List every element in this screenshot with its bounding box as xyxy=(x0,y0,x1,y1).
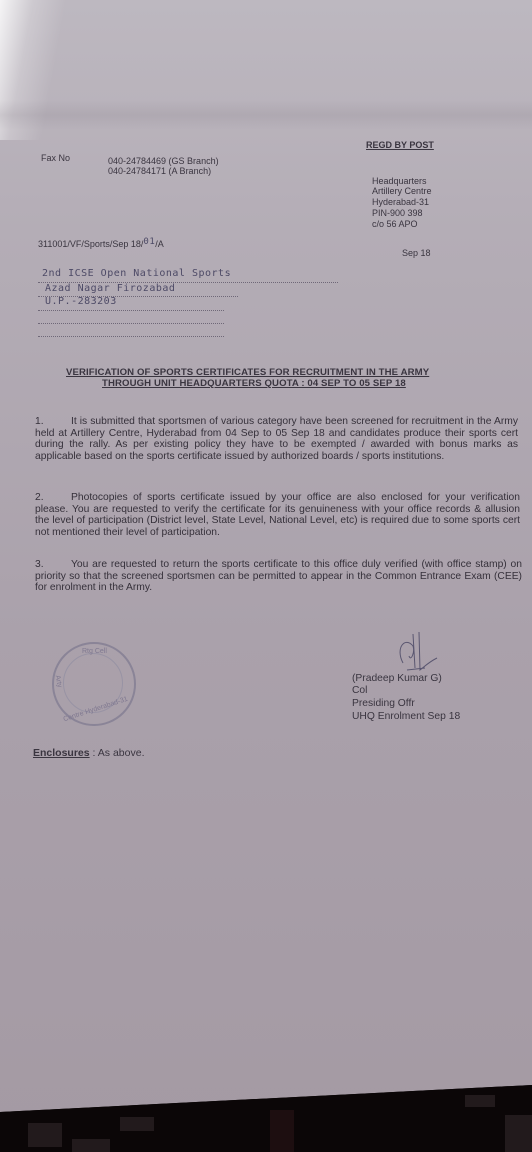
background-tile xyxy=(465,1095,495,1107)
letter-paper: Fax No 040-24784469 (GS Branch) 040-2478… xyxy=(0,0,532,1152)
background-tile xyxy=(72,1139,110,1152)
signature-scribble xyxy=(385,628,445,678)
signatory-designation: Presiding Offr xyxy=(352,698,415,709)
reference-suffix: /A xyxy=(155,239,164,249)
enclosures-value: : As above. xyxy=(93,747,145,759)
reference-prefix: 311001/VF/Sports/Sep 18/ xyxy=(38,239,143,249)
signatory-name: (Pradeep Kumar G) xyxy=(352,673,442,684)
address-line-4: PIN-900 398 xyxy=(372,208,423,218)
address-dotted-line xyxy=(38,323,224,324)
delivery-mode: REGD BY POST xyxy=(366,140,434,150)
address-line-3: Hyderabad-31 xyxy=(372,197,429,207)
signatory-unit: UHQ Enrolment Sep 18 xyxy=(352,711,460,722)
subject-line-1: VERIFICATION OF SPORTS CERTIFICATES FOR … xyxy=(66,367,429,378)
fax-label: Fax No xyxy=(41,153,70,163)
office-stamp: Rtg Cell Arty Centre Hyderabad-31 xyxy=(52,642,136,726)
stamp-top-text: Rtg Cell xyxy=(82,648,107,655)
reference-number: 311001/VF/Sports/Sep 18/01/A xyxy=(38,239,164,250)
address-dotted-line xyxy=(38,296,238,297)
background-tile xyxy=(505,1115,532,1152)
stamp-left-text: Arty xyxy=(54,675,63,688)
address-dotted-line xyxy=(38,310,224,311)
letter-date: Sep 18 xyxy=(402,248,431,258)
address-line-1: Headquarters xyxy=(372,176,427,186)
address-line-2: Artillery Centre xyxy=(372,186,432,196)
addressee-line-1: 2nd ICSE Open National Sports xyxy=(42,268,231,279)
reference-handwritten: 01 xyxy=(143,237,155,247)
address-dotted-line xyxy=(38,282,338,283)
paper-fold xyxy=(0,100,532,130)
address-dotted-line xyxy=(38,336,224,337)
fax-number-a: 040-24784171 (A Branch) xyxy=(108,166,211,176)
enclosures: Enclosures : As above. xyxy=(33,747,144,759)
background-tile xyxy=(120,1117,154,1131)
enclosures-label: Enclosures xyxy=(33,747,90,759)
paragraph-3-number: 3. xyxy=(35,559,71,571)
addressee-line-3: U.P.-283203 xyxy=(45,296,117,307)
paragraph-2-text: Photocopies of sports certificate issued… xyxy=(35,492,520,538)
paragraph-1-text: It is submitted that sportsmen of variou… xyxy=(35,416,518,462)
paragraph-3: 3.You are requested to return the sports… xyxy=(35,559,522,594)
paragraph-3-text: You are requested to return the sports c… xyxy=(35,559,522,593)
signatory-rank: Col xyxy=(352,685,367,696)
address-line-5: c/o 56 APO xyxy=(372,219,418,229)
addressee-line-2: Azad Nagar Firozabad xyxy=(45,283,175,294)
paragraph-2-number: 2. xyxy=(35,492,71,504)
subject-line-2: THROUGH UNIT HEADQUARTERS QUOTA : 04 SEP… xyxy=(102,378,406,389)
background-tile xyxy=(270,1110,294,1152)
paragraph-1-number: 1. xyxy=(35,416,71,428)
fax-number-gs: 040-24784469 (GS Branch) xyxy=(108,156,219,166)
background-tile xyxy=(28,1123,62,1147)
paragraph-1: 1.It is submitted that sportsmen of vari… xyxy=(35,416,518,462)
paragraph-2: 2.Photocopies of sports certificate issu… xyxy=(35,492,520,538)
